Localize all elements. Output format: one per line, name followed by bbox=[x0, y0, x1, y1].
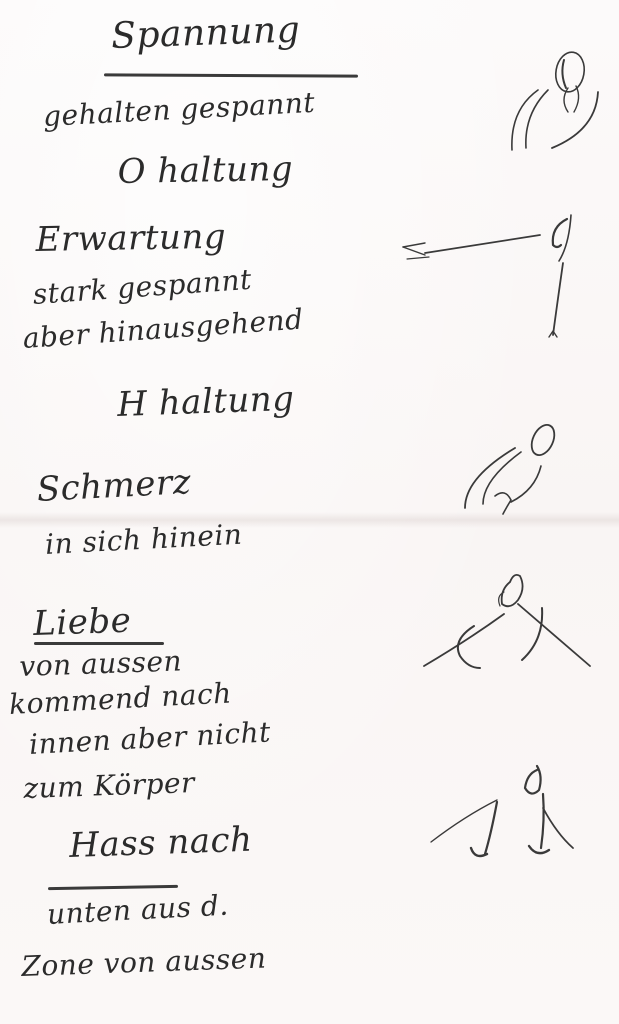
document-title: Spannung bbox=[111, 9, 301, 57]
note-line: zum Körper bbox=[23, 766, 196, 805]
schmerz-figure-sketch bbox=[455, 418, 565, 518]
liebe-figure-sketch bbox=[418, 570, 608, 680]
hass-figure-sketch bbox=[425, 750, 585, 870]
spannung-figure-sketch bbox=[490, 50, 610, 160]
section-heading-liebe: Liebe bbox=[33, 601, 132, 644]
note-line: H haltung bbox=[117, 379, 296, 425]
section-heading-erwartung: Erwartung bbox=[35, 217, 226, 260]
section-heading-schmerz: Schmerz bbox=[36, 462, 192, 510]
note-line: von aussen bbox=[19, 644, 183, 683]
liebe-underline bbox=[34, 642, 164, 645]
erwartung-figure-sketch bbox=[395, 205, 595, 345]
note-line: O haltung bbox=[117, 149, 293, 192]
section-heading-hass: Hass nach bbox=[69, 820, 254, 866]
